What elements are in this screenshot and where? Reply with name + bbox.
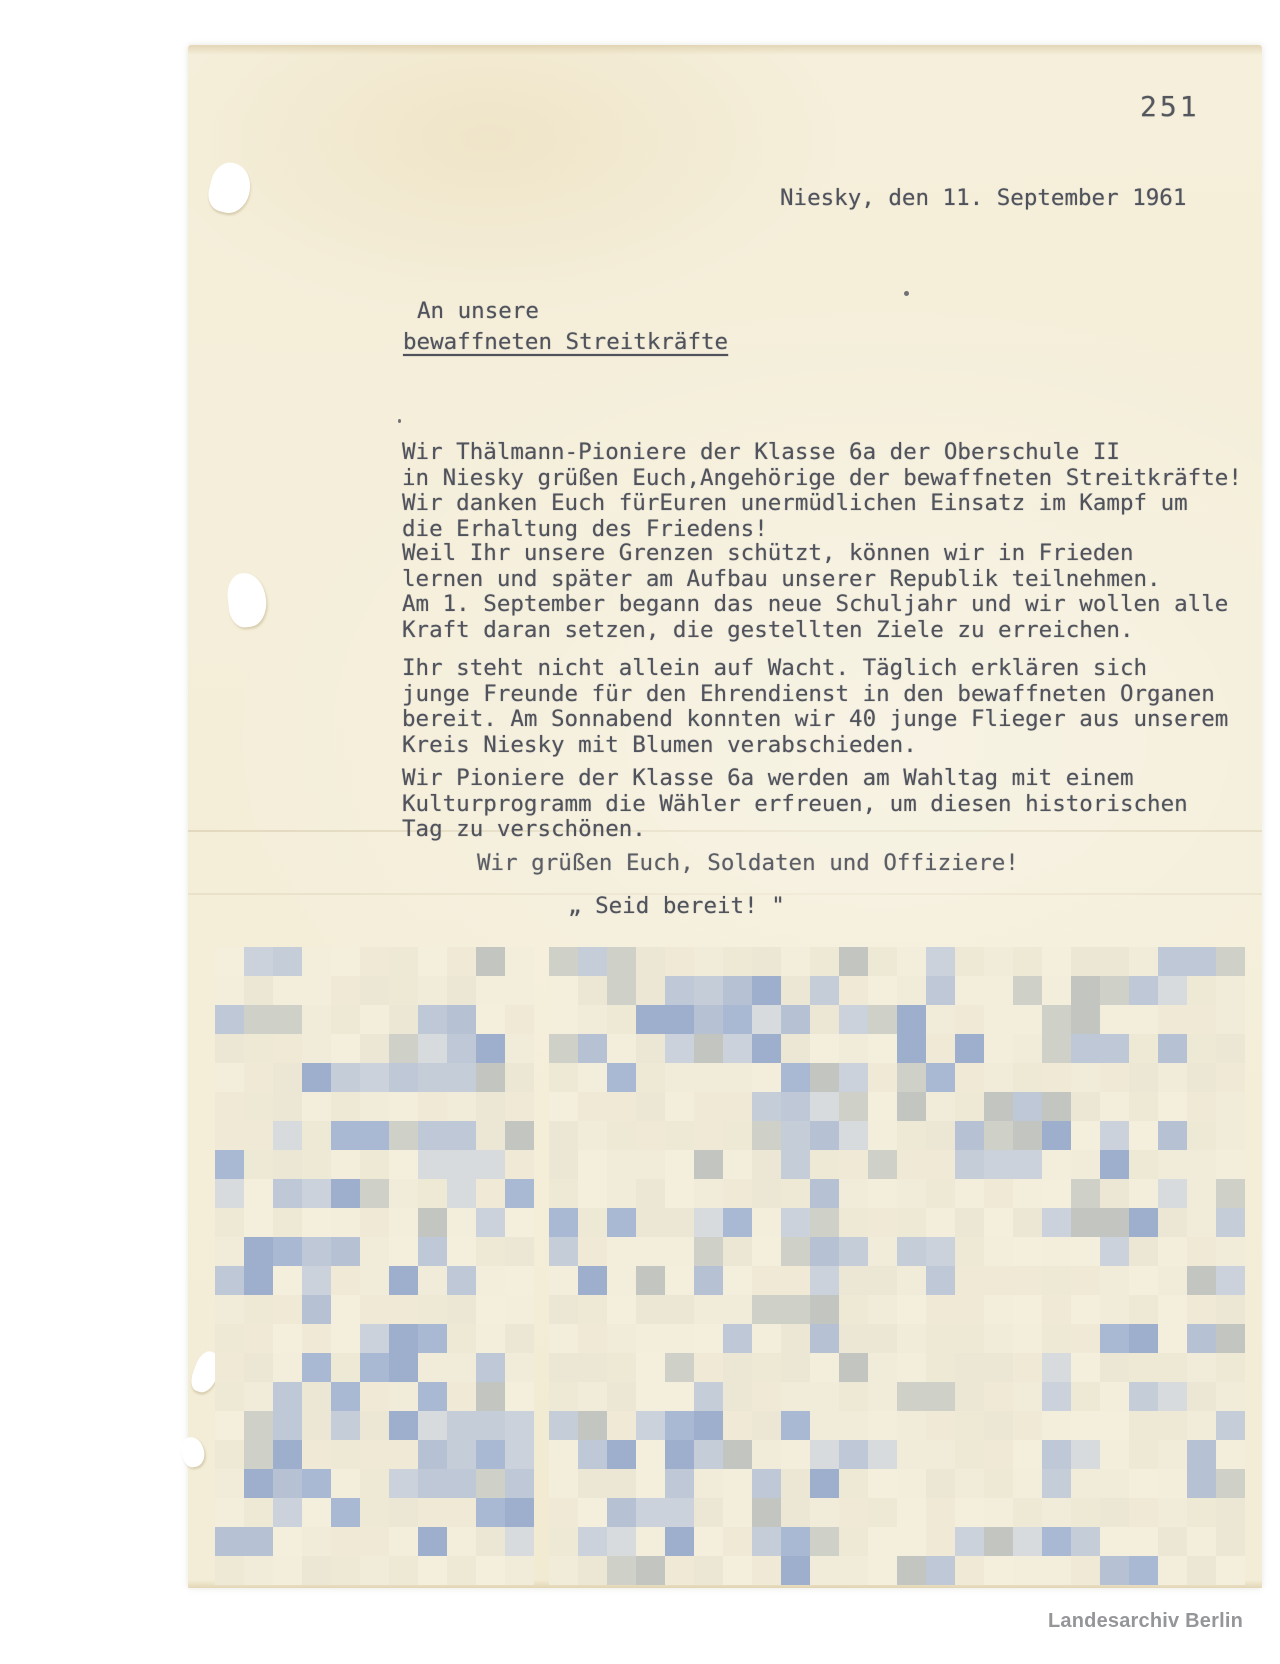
mosaic-cell xyxy=(418,1556,447,1585)
mosaic-cell xyxy=(389,976,418,1005)
mosaic-cell xyxy=(302,1440,331,1469)
mosaic-cell xyxy=(1158,1237,1187,1266)
mosaic-cell xyxy=(984,1266,1013,1295)
mosaic-cell xyxy=(839,1353,868,1382)
mosaic-cell xyxy=(1187,1034,1216,1063)
mosaic-cell xyxy=(839,1440,868,1469)
mosaic-cell xyxy=(476,1556,505,1585)
mosaic-cell xyxy=(1071,1063,1100,1092)
mosaic-cell xyxy=(752,1063,781,1092)
mosaic-cell xyxy=(1216,976,1245,1005)
mosaic-cell xyxy=(302,1092,331,1121)
mosaic-cell xyxy=(665,1208,694,1237)
mosaic-cell xyxy=(1100,1324,1129,1353)
mosaic-cell xyxy=(476,1353,505,1382)
mosaic-cell xyxy=(273,1295,302,1324)
mosaic-cell xyxy=(1042,1498,1071,1527)
mosaic-cell xyxy=(1013,1498,1042,1527)
mosaic-cell xyxy=(360,1179,389,1208)
letter-closing-line: Wir grüßen Euch, Soldaten und Offiziere! xyxy=(477,851,1019,877)
mosaic-cell xyxy=(1158,1208,1187,1237)
mosaic-cell xyxy=(1013,1295,1042,1324)
mosaic-cell xyxy=(897,947,926,976)
mosaic-cell xyxy=(1216,1440,1245,1469)
mosaic-cell xyxy=(665,1469,694,1498)
mosaic-cell xyxy=(694,1121,723,1150)
mosaic-cell xyxy=(389,1179,418,1208)
mosaic-cell xyxy=(1071,1121,1100,1150)
mosaic-cell xyxy=(955,1527,984,1556)
mosaic-cell xyxy=(636,1237,665,1266)
mosaic-cell xyxy=(984,1527,1013,1556)
mosaic-cell xyxy=(607,1440,636,1469)
mosaic-cell xyxy=(389,1092,418,1121)
mosaic-cell xyxy=(447,1266,476,1295)
mosaic-cell xyxy=(1013,1324,1042,1353)
mosaic-cell xyxy=(926,1440,955,1469)
mosaic-cell xyxy=(476,1527,505,1556)
mosaic-cell xyxy=(215,1498,244,1527)
mosaic-cell xyxy=(389,1063,418,1092)
mosaic-cell xyxy=(810,1034,839,1063)
mosaic-cell xyxy=(360,1266,389,1295)
mosaic-cell xyxy=(476,1411,505,1440)
mosaic-cell xyxy=(1158,1324,1187,1353)
mosaic-cell xyxy=(868,1092,897,1121)
mosaic-cell xyxy=(418,1324,447,1353)
mosaic-band-2 xyxy=(549,947,955,1585)
mosaic-cell xyxy=(273,1034,302,1063)
mosaic-cell xyxy=(578,1498,607,1527)
mosaic-cell xyxy=(781,1179,810,1208)
mosaic-cell xyxy=(505,1295,534,1324)
mosaic-cell xyxy=(331,1092,360,1121)
mosaic-cell xyxy=(810,1353,839,1382)
mosaic-cell xyxy=(1100,976,1129,1005)
mosaic-cell xyxy=(723,1295,752,1324)
mosaic-cell xyxy=(1100,1527,1129,1556)
mosaic-cell xyxy=(1216,1063,1245,1092)
mosaic-cell xyxy=(1013,1150,1042,1179)
mosaic-cell xyxy=(578,1295,607,1324)
mosaic-cell xyxy=(447,1527,476,1556)
mosaic-cell xyxy=(868,1498,897,1527)
mosaic-cell xyxy=(607,1208,636,1237)
mosaic-cell xyxy=(955,1208,984,1237)
mosaic-cell xyxy=(1158,1382,1187,1411)
mosaic-cell xyxy=(331,1411,360,1440)
mosaic-cell xyxy=(839,1150,868,1179)
mosaic-cell xyxy=(636,1411,665,1440)
mosaic-cell xyxy=(447,1237,476,1266)
mosaic-cell xyxy=(1129,1034,1158,1063)
mosaic-cell xyxy=(476,947,505,976)
mosaic-cell xyxy=(360,1527,389,1556)
mosaic-cell xyxy=(752,1034,781,1063)
paper-tear-spot xyxy=(179,1435,207,1469)
mosaic-cell xyxy=(723,1034,752,1063)
mosaic-cell xyxy=(331,1324,360,1353)
mosaic-cell xyxy=(984,947,1013,976)
mosaic-cell xyxy=(1071,1092,1100,1121)
mosaic-cell xyxy=(578,947,607,976)
mosaic-cell xyxy=(1071,947,1100,976)
mosaic-cell xyxy=(984,1121,1013,1150)
mosaic-cell xyxy=(1042,1034,1071,1063)
mosaic-cell xyxy=(781,1295,810,1324)
mosaic-cell xyxy=(273,1411,302,1440)
mosaic-cell xyxy=(839,1324,868,1353)
mosaic-cell xyxy=(549,1498,578,1527)
mosaic-cell xyxy=(505,1063,534,1092)
mosaic-cell xyxy=(1216,1092,1245,1121)
mosaic-cell xyxy=(360,1063,389,1092)
mosaic-cell xyxy=(955,1556,984,1585)
mosaic-cell xyxy=(926,1411,955,1440)
mosaic-cell xyxy=(1071,1353,1100,1382)
mosaic-cell xyxy=(244,1556,273,1585)
mosaic-cell xyxy=(723,1208,752,1237)
mosaic-cell xyxy=(665,1498,694,1527)
mosaic-cell xyxy=(1042,1469,1071,1498)
mosaic-cell xyxy=(955,1005,984,1034)
mosaic-cell xyxy=(868,1034,897,1063)
mosaic-cell xyxy=(694,1266,723,1295)
mosaic-cell xyxy=(694,1440,723,1469)
mosaic-cell xyxy=(549,976,578,1005)
mosaic-cell xyxy=(926,1266,955,1295)
mosaic-cell xyxy=(1129,1005,1158,1034)
mosaic-cell xyxy=(607,1527,636,1556)
mosaic-cell xyxy=(302,1063,331,1092)
mosaic-cell xyxy=(1129,1063,1158,1092)
mosaic-cell xyxy=(694,1382,723,1411)
mosaic-cell xyxy=(752,1121,781,1150)
mosaic-cell xyxy=(389,1324,418,1353)
mosaic-cell xyxy=(1158,1411,1187,1440)
mosaic-cell xyxy=(926,1208,955,1237)
mosaic-cell xyxy=(1129,1092,1158,1121)
mosaic-cell xyxy=(665,1353,694,1382)
mosaic-cell xyxy=(215,1034,244,1063)
mosaic-cell xyxy=(1187,1005,1216,1034)
mosaic-cell xyxy=(447,1324,476,1353)
mosaic-cell xyxy=(215,976,244,1005)
mosaic-cell xyxy=(723,1469,752,1498)
mosaic-cell xyxy=(897,1498,926,1527)
mosaic-cell xyxy=(1187,1324,1216,1353)
mosaic-cell xyxy=(665,1063,694,1092)
mosaic-cell xyxy=(607,1092,636,1121)
mosaic-cell xyxy=(331,1121,360,1150)
mosaic-cell xyxy=(665,1005,694,1034)
mosaic-cell xyxy=(1187,1179,1216,1208)
mosaic-cell xyxy=(1158,1150,1187,1179)
mosaic-cell xyxy=(302,1498,331,1527)
mosaic-cell xyxy=(955,1063,984,1092)
mosaic-cell xyxy=(868,1324,897,1353)
mosaic-cell xyxy=(389,1266,418,1295)
mosaic-cell xyxy=(752,1353,781,1382)
mosaic-cell xyxy=(781,1469,810,1498)
mosaic-cell xyxy=(897,1179,926,1208)
mosaic-cell xyxy=(607,1353,636,1382)
mosaic-cell xyxy=(549,1150,578,1179)
mosaic-cell xyxy=(418,1382,447,1411)
mosaic-cell xyxy=(723,976,752,1005)
mosaic-cell xyxy=(1187,1208,1216,1237)
mosaic-cell xyxy=(665,1324,694,1353)
mosaic-cell xyxy=(636,1469,665,1498)
mosaic-cell xyxy=(1071,1411,1100,1440)
mosaic-cell xyxy=(1013,1440,1042,1469)
mosaic-cell xyxy=(505,1237,534,1266)
mosaic-cell xyxy=(607,1411,636,1440)
mosaic-cell xyxy=(447,1092,476,1121)
mosaic-cell xyxy=(360,1440,389,1469)
mosaic-cell xyxy=(244,1179,273,1208)
mosaic-cell xyxy=(1187,1440,1216,1469)
mosaic-cell xyxy=(273,1440,302,1469)
mosaic-cell xyxy=(418,1034,447,1063)
paper-tear-spot xyxy=(225,571,268,629)
mosaic-cell xyxy=(549,1121,578,1150)
mosaic-cell xyxy=(549,1382,578,1411)
mosaic-cell xyxy=(955,1237,984,1266)
mosaic-cell xyxy=(1187,1411,1216,1440)
mosaic-cell xyxy=(1158,1498,1187,1527)
mosaic-cell xyxy=(1187,1556,1216,1585)
mosaic-cell xyxy=(984,1469,1013,1498)
mosaic-cell xyxy=(752,1498,781,1527)
mosaic-cell xyxy=(505,1440,534,1469)
mosaic-cell xyxy=(926,1034,955,1063)
mosaic-cell xyxy=(1013,1237,1042,1266)
mosaic-cell xyxy=(1216,1179,1245,1208)
mosaic-cell xyxy=(578,1382,607,1411)
mosaic-band-3 xyxy=(955,947,1245,1585)
mosaic-cell xyxy=(810,1527,839,1556)
mosaic-cell xyxy=(868,1179,897,1208)
mosaic-cell xyxy=(1042,1121,1071,1150)
mosaic-cell xyxy=(868,1237,897,1266)
mosaic-cell xyxy=(1100,1237,1129,1266)
mosaic-cell xyxy=(447,1005,476,1034)
mosaic-cell xyxy=(694,1556,723,1585)
mosaic-cell xyxy=(244,947,273,976)
mosaic-cell xyxy=(1216,1382,1245,1411)
mosaic-cell xyxy=(331,1208,360,1237)
mosaic-cell xyxy=(447,976,476,1005)
mosaic-cell xyxy=(926,1527,955,1556)
mosaic-cell xyxy=(418,1179,447,1208)
mosaic-cell xyxy=(1013,976,1042,1005)
mosaic-cell xyxy=(1042,1063,1071,1092)
mosaic-cell xyxy=(1129,1179,1158,1208)
mosaic-cell xyxy=(447,1440,476,1469)
mosaic-cell xyxy=(578,1121,607,1150)
mosaic-cell xyxy=(1042,1295,1071,1324)
mosaic-cell xyxy=(810,1469,839,1498)
mosaic-cell xyxy=(418,1353,447,1382)
mosaic-cell xyxy=(752,1237,781,1266)
mosaic-cell xyxy=(360,1324,389,1353)
mosaic-cell xyxy=(607,1266,636,1295)
mosaic-cell xyxy=(723,1266,752,1295)
mosaic-cell xyxy=(752,1324,781,1353)
mosaic-cell xyxy=(476,1266,505,1295)
mosaic-cell xyxy=(723,1092,752,1121)
mosaic-cell xyxy=(723,1440,752,1469)
mosaic-cell xyxy=(1100,1469,1129,1498)
mosaic-cell xyxy=(926,1498,955,1527)
mosaic-cell xyxy=(578,1411,607,1440)
mosaic-cell xyxy=(839,1179,868,1208)
mosaic-cell xyxy=(1071,1034,1100,1063)
mosaic-cell xyxy=(1158,1527,1187,1556)
mosaic-cell xyxy=(244,1295,273,1324)
mosaic-cell xyxy=(694,1411,723,1440)
mosaic-cell xyxy=(897,1382,926,1411)
mosaic-cell xyxy=(244,976,273,1005)
mosaic-cell xyxy=(505,1208,534,1237)
mosaic-cell xyxy=(389,947,418,976)
mosaic-cell xyxy=(1129,1324,1158,1353)
mosaic-cell xyxy=(1158,1440,1187,1469)
mosaic-cell xyxy=(1216,1005,1245,1034)
mosaic-cell xyxy=(781,1005,810,1034)
mosaic-cell xyxy=(636,1121,665,1150)
mosaic-cell xyxy=(302,1121,331,1150)
mosaic-cell xyxy=(1129,1556,1158,1585)
mosaic-cell xyxy=(505,1121,534,1150)
mosaic-cell xyxy=(1013,1208,1042,1237)
mosaic-cell xyxy=(578,976,607,1005)
mosaic-cell xyxy=(636,976,665,1005)
mosaic-cell xyxy=(868,947,897,976)
mosaic-cell xyxy=(331,1469,360,1498)
mosaic-cell xyxy=(636,1179,665,1208)
mosaic-cell xyxy=(752,1005,781,1034)
mosaic-cell xyxy=(331,1150,360,1179)
mosaic-cell xyxy=(1042,1237,1071,1266)
mosaic-cell xyxy=(781,1411,810,1440)
mosaic-cell xyxy=(1013,1179,1042,1208)
mosaic-cell xyxy=(549,1092,578,1121)
archive-page-number: 251 xyxy=(1140,90,1200,123)
mosaic-cell xyxy=(1129,1237,1158,1266)
mosaic-cell xyxy=(549,1353,578,1382)
mosaic-cell xyxy=(636,1353,665,1382)
mosaic-cell xyxy=(607,976,636,1005)
mosaic-cell xyxy=(839,1121,868,1150)
mosaic-cell xyxy=(273,1498,302,1527)
mosaic-cell xyxy=(1158,1034,1187,1063)
mosaic-cell xyxy=(1158,976,1187,1005)
mosaic-cell xyxy=(360,1469,389,1498)
mosaic-cell xyxy=(636,947,665,976)
mosaic-cell xyxy=(1216,1498,1245,1527)
mosaic-cell xyxy=(897,1034,926,1063)
mosaic-cell xyxy=(578,1005,607,1034)
mosaic-cell xyxy=(607,1150,636,1179)
mosaic-cell xyxy=(665,976,694,1005)
mosaic-cell xyxy=(897,1063,926,1092)
mosaic-cell xyxy=(418,1237,447,1266)
mosaic-cell xyxy=(360,976,389,1005)
mosaic-cell xyxy=(781,1382,810,1411)
mosaic-cell xyxy=(331,1063,360,1092)
mosaic-cell xyxy=(781,1353,810,1382)
mosaic-cell xyxy=(389,1556,418,1585)
mosaic-cell xyxy=(955,1324,984,1353)
mosaic-cell xyxy=(636,1034,665,1063)
mosaic-cell xyxy=(868,1440,897,1469)
mosaic-cell xyxy=(984,1092,1013,1121)
mosaic-cell xyxy=(447,1469,476,1498)
mosaic-cell xyxy=(215,1556,244,1585)
mosaic-cell xyxy=(752,1092,781,1121)
mosaic-cell xyxy=(1071,1237,1100,1266)
mosaic-cell xyxy=(1187,1295,1216,1324)
mosaic-cell xyxy=(839,1237,868,1266)
mosaic-cell xyxy=(665,1121,694,1150)
mosaic-cell xyxy=(215,1150,244,1179)
mosaic-cell xyxy=(331,1353,360,1382)
mosaic-cell xyxy=(636,1092,665,1121)
mosaic-cell xyxy=(360,1237,389,1266)
mosaic-cell xyxy=(389,1353,418,1382)
mosaic-cell xyxy=(273,1121,302,1150)
mosaic-cell xyxy=(215,1179,244,1208)
mosaic-cell xyxy=(1013,1556,1042,1585)
mosaic-cell xyxy=(505,1382,534,1411)
mosaic-cell xyxy=(505,1324,534,1353)
mosaic-cell xyxy=(1071,1556,1100,1585)
mosaic-cell xyxy=(1158,1295,1187,1324)
mosaic-cell xyxy=(505,1469,534,1498)
mosaic-cell xyxy=(868,1469,897,1498)
mosaic-cell xyxy=(244,1498,273,1527)
mosaic-cell xyxy=(723,1527,752,1556)
mosaic-cell xyxy=(694,1527,723,1556)
mosaic-cell xyxy=(752,1411,781,1440)
mosaic-cell xyxy=(215,1092,244,1121)
mosaic-cell xyxy=(752,947,781,976)
mosaic-cell xyxy=(868,1121,897,1150)
mosaic-cell xyxy=(1042,1005,1071,1034)
mosaic-cell xyxy=(215,1527,244,1556)
mosaic-cell xyxy=(665,1150,694,1179)
mosaic-cell xyxy=(781,1527,810,1556)
mosaic-cell xyxy=(273,1092,302,1121)
mosaic-cell xyxy=(839,1411,868,1440)
mosaic-cell xyxy=(302,947,331,976)
mosaic-cell xyxy=(665,1237,694,1266)
mosaic-cell xyxy=(984,1034,1013,1063)
mosaic-cell xyxy=(868,1353,897,1382)
mosaic-cell xyxy=(476,1469,505,1498)
mosaic-cell xyxy=(868,1208,897,1237)
mosaic-cell xyxy=(781,1237,810,1266)
mosaic-cell xyxy=(1187,947,1216,976)
mosaic-cell xyxy=(273,1469,302,1498)
mosaic-cell xyxy=(447,1179,476,1208)
ink-speck xyxy=(398,419,401,423)
mosaic-cell xyxy=(418,1150,447,1179)
mosaic-cell xyxy=(549,1527,578,1556)
mosaic-cell xyxy=(694,1498,723,1527)
